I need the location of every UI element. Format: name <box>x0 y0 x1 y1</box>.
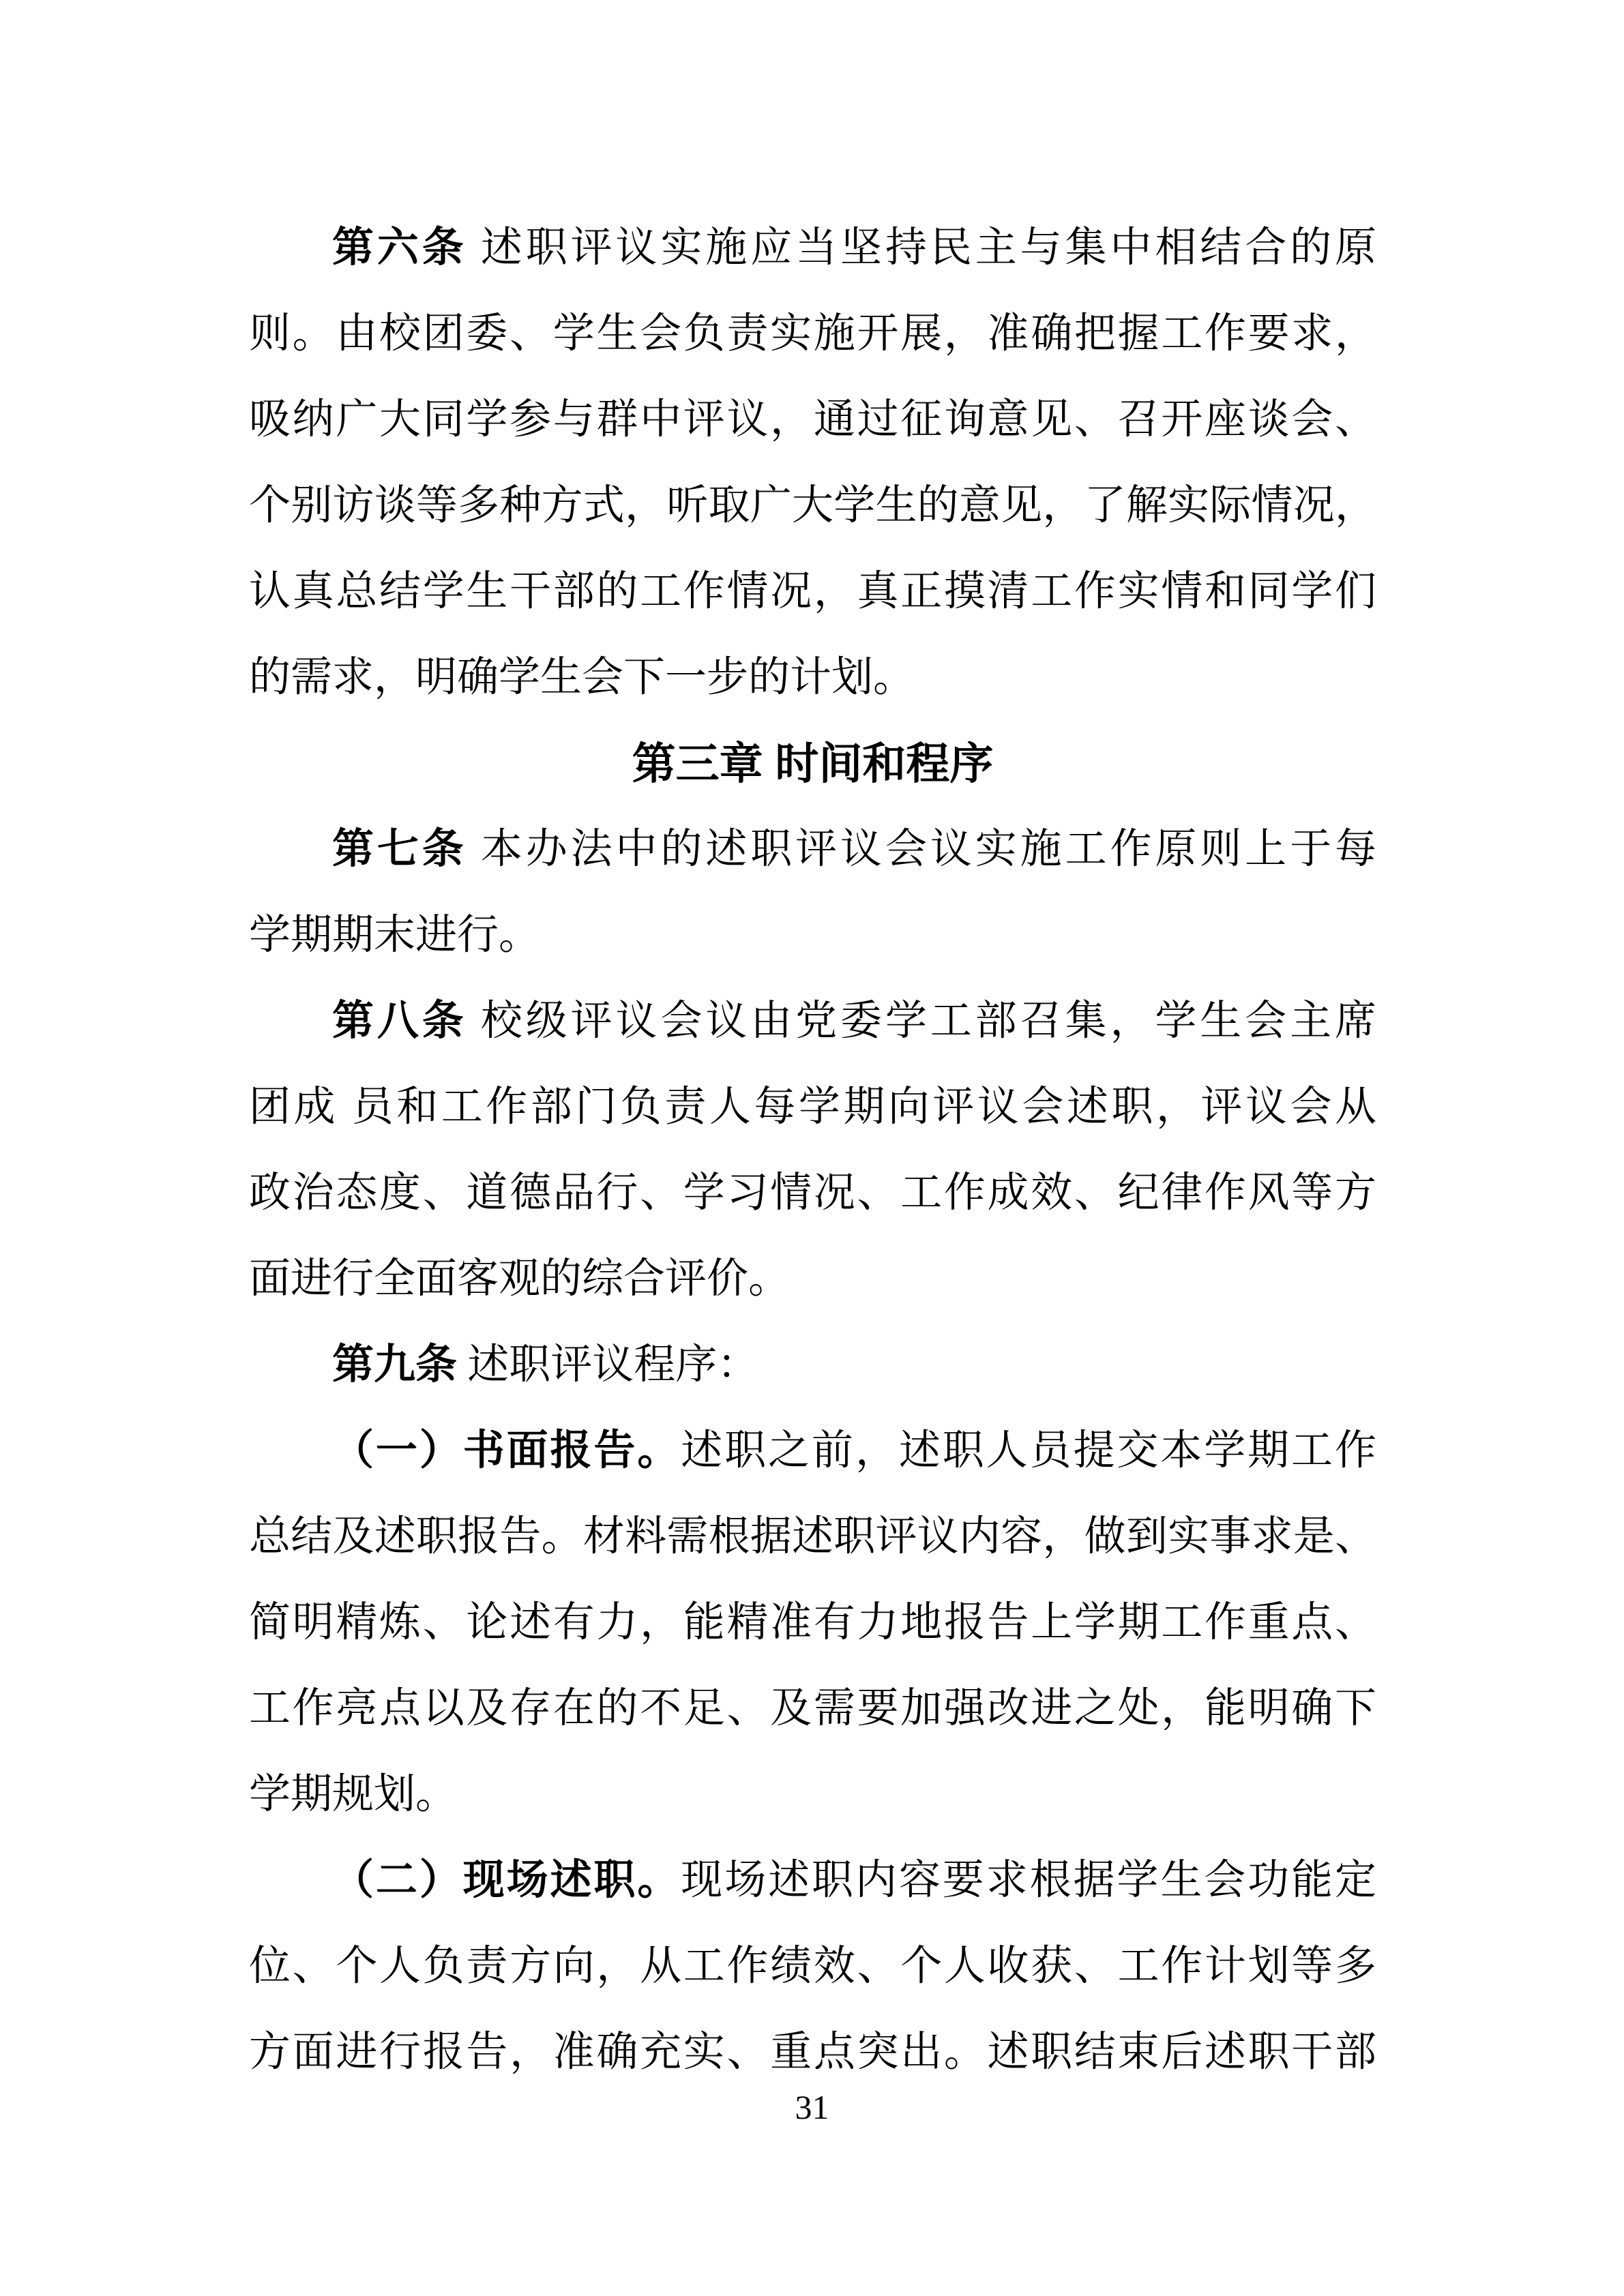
text-segment: 位、个人负责方向，从工作绩效、个人收获、工作计划等多 <box>249 1943 1376 1989</box>
text-segment: 本办法中的述职评议会议实施工作原则上于每 <box>467 826 1376 872</box>
lead-segment: 第八条 <box>332 998 467 1044</box>
body-paragraph: （一）书面报告。述职之前，述职人员提交本学期工作总结及述职报告。材料需根据述职评… <box>249 1408 1376 1838</box>
lead-segment: 第六条 <box>332 225 467 271</box>
body-paragraph: 第八条 校级评议会议由党委学工部召集，学生会主席团成 员和工作部门负责人每学期向… <box>249 979 1376 1322</box>
text-segment: 方面进行报告，准确充实、重点突出。述职结束后述职干部 <box>249 2029 1376 2075</box>
text-segment: 吸纳广大同学参与群中评议，通过征询意见、召开座谈会、 <box>249 397 1376 443</box>
document-page: 第六条 述职评议实施应当坚持民主与集中相结合的原则。由校团委、学生会负责实施开展… <box>0 0 1624 2296</box>
text-line: （二）现场述职。现场述职内容要求根据学生会功能定 <box>249 1838 1376 1924</box>
body-paragraph: 第九条 述职评议程序： <box>249 1322 1376 1408</box>
text-line: 总结及述职报告。材料需根据述职评议内容，做到实事求是、 <box>249 1494 1376 1580</box>
text-line: 政治态度、道德品行、学习情况、工作成效、纪律作风等方 <box>249 1150 1376 1236</box>
text-line: 第九条 述职评议程序： <box>249 1322 1376 1408</box>
text-line: 的需求，明确学生会下一步的计划。 <box>249 635 1376 721</box>
text-segment: 述职评议实施应当坚持民主与集中相结合的原 <box>467 225 1376 271</box>
page-number: 31 <box>0 2080 1624 2134</box>
lead-segment: 第九条 <box>332 1342 457 1388</box>
text-segment: 个别访谈等多种方式，听取广大学生的意见，了解实际情况， <box>249 483 1376 528</box>
text-line: 个别访谈等多种方式，听取广大学生的意见，了解实际情况， <box>249 463 1376 549</box>
text-segment: 现场述职内容要求根据学生会功能定 <box>681 1858 1376 1903</box>
text-line: 认真总结学生干部的工作情况，真正摸清工作实情和同学们 <box>249 549 1376 635</box>
document-body: 第六条 述职评议实施应当坚持民主与集中相结合的原则。由校团委、学生会负责实施开展… <box>249 205 1376 2096</box>
text-line: 则。由校团委、学生会负责实施开展，准确把握工作要求， <box>249 291 1376 377</box>
text-line: 第六条 述职评议实施应当坚持民主与集中相结合的原 <box>249 205 1376 291</box>
text-segment: 面进行全面客观的综合评价。 <box>249 1256 790 1302</box>
text-segment: 团成 员和工作部门负责人每学期向评议会述职，评议会从 <box>249 1084 1376 1130</box>
text-segment: 工作亮点以及存在的不足、及需要加强改进之处，能明确下 <box>249 1686 1376 1731</box>
text-line: 简明精炼、论述有力，能精准有力地报告上学期工作重点、 <box>249 1580 1376 1666</box>
chapter-heading: 第三章 时间和程序 <box>249 721 1376 807</box>
body-paragraph: 第六条 述职评议实施应当坚持民主与集中相结合的原则。由校团委、学生会负责实施开展… <box>249 205 1376 721</box>
text-line: 位、个人负责方向，从工作绩效、个人收获、工作计划等多 <box>249 1924 1376 2010</box>
text-segment: 学期规划。 <box>249 1772 457 1817</box>
text-line: 团成 员和工作部门负责人每学期向评议会述职，评议会从 <box>249 1064 1376 1150</box>
text-segment: 的需求，明确学生会下一步的计划。 <box>249 655 915 700</box>
lead-segment: （一）书面报告。 <box>332 1428 681 1474</box>
text-segment: 述职评议程序： <box>457 1342 758 1388</box>
text-line: 第八条 校级评议会议由党委学工部召集，学生会主席 <box>249 979 1376 1064</box>
text-segment: 学期期末进行。 <box>249 912 540 958</box>
lead-segment: （二）现场述职。 <box>332 1858 681 1903</box>
text-segment: 述职之前，述职人员提交本学期工作 <box>681 1428 1376 1474</box>
body-paragraph: （二）现场述职。现场述职内容要求根据学生会功能定位、个人负责方向，从工作绩效、个… <box>249 1838 1376 2096</box>
text-line: 吸纳广大同学参与群中评议，通过征询意见、召开座谈会、 <box>249 377 1376 463</box>
text-line: 面进行全面客观的综合评价。 <box>249 1236 1376 1322</box>
text-line: 学期期末进行。 <box>249 893 1376 979</box>
body-paragraph: 第七条 本办法中的述职评议会议实施工作原则上于每学期期末进行。 <box>249 807 1376 979</box>
text-segment: 则。由校团委、学生会负责实施开展，准确把握工作要求， <box>249 311 1376 357</box>
lead-segment: 第七条 <box>332 826 467 872</box>
text-line: 学期规划。 <box>249 1752 1376 1838</box>
text-segment: 简明精炼、论述有力，能精准有力地报告上学期工作重点、 <box>249 1600 1376 1645</box>
text-segment: 校级评议会议由党委学工部召集，学生会主席 <box>467 998 1376 1044</box>
text-line: （一）书面报告。述职之前，述职人员提交本学期工作 <box>249 1408 1376 1494</box>
text-line: 第七条 本办法中的述职评议会议实施工作原则上于每 <box>249 807 1376 893</box>
text-segment: 政治态度、道德品行、学习情况、工作成效、纪律作风等方 <box>249 1170 1376 1216</box>
text-segment: 认真总结学生干部的工作情况，真正摸清工作实情和同学们 <box>249 569 1376 614</box>
text-line: 工作亮点以及存在的不足、及需要加强改进之处，能明确下 <box>249 1666 1376 1752</box>
text-segment: 总结及述职报告。材料需根据述职评议内容，做到实事求是、 <box>249 1514 1376 1560</box>
